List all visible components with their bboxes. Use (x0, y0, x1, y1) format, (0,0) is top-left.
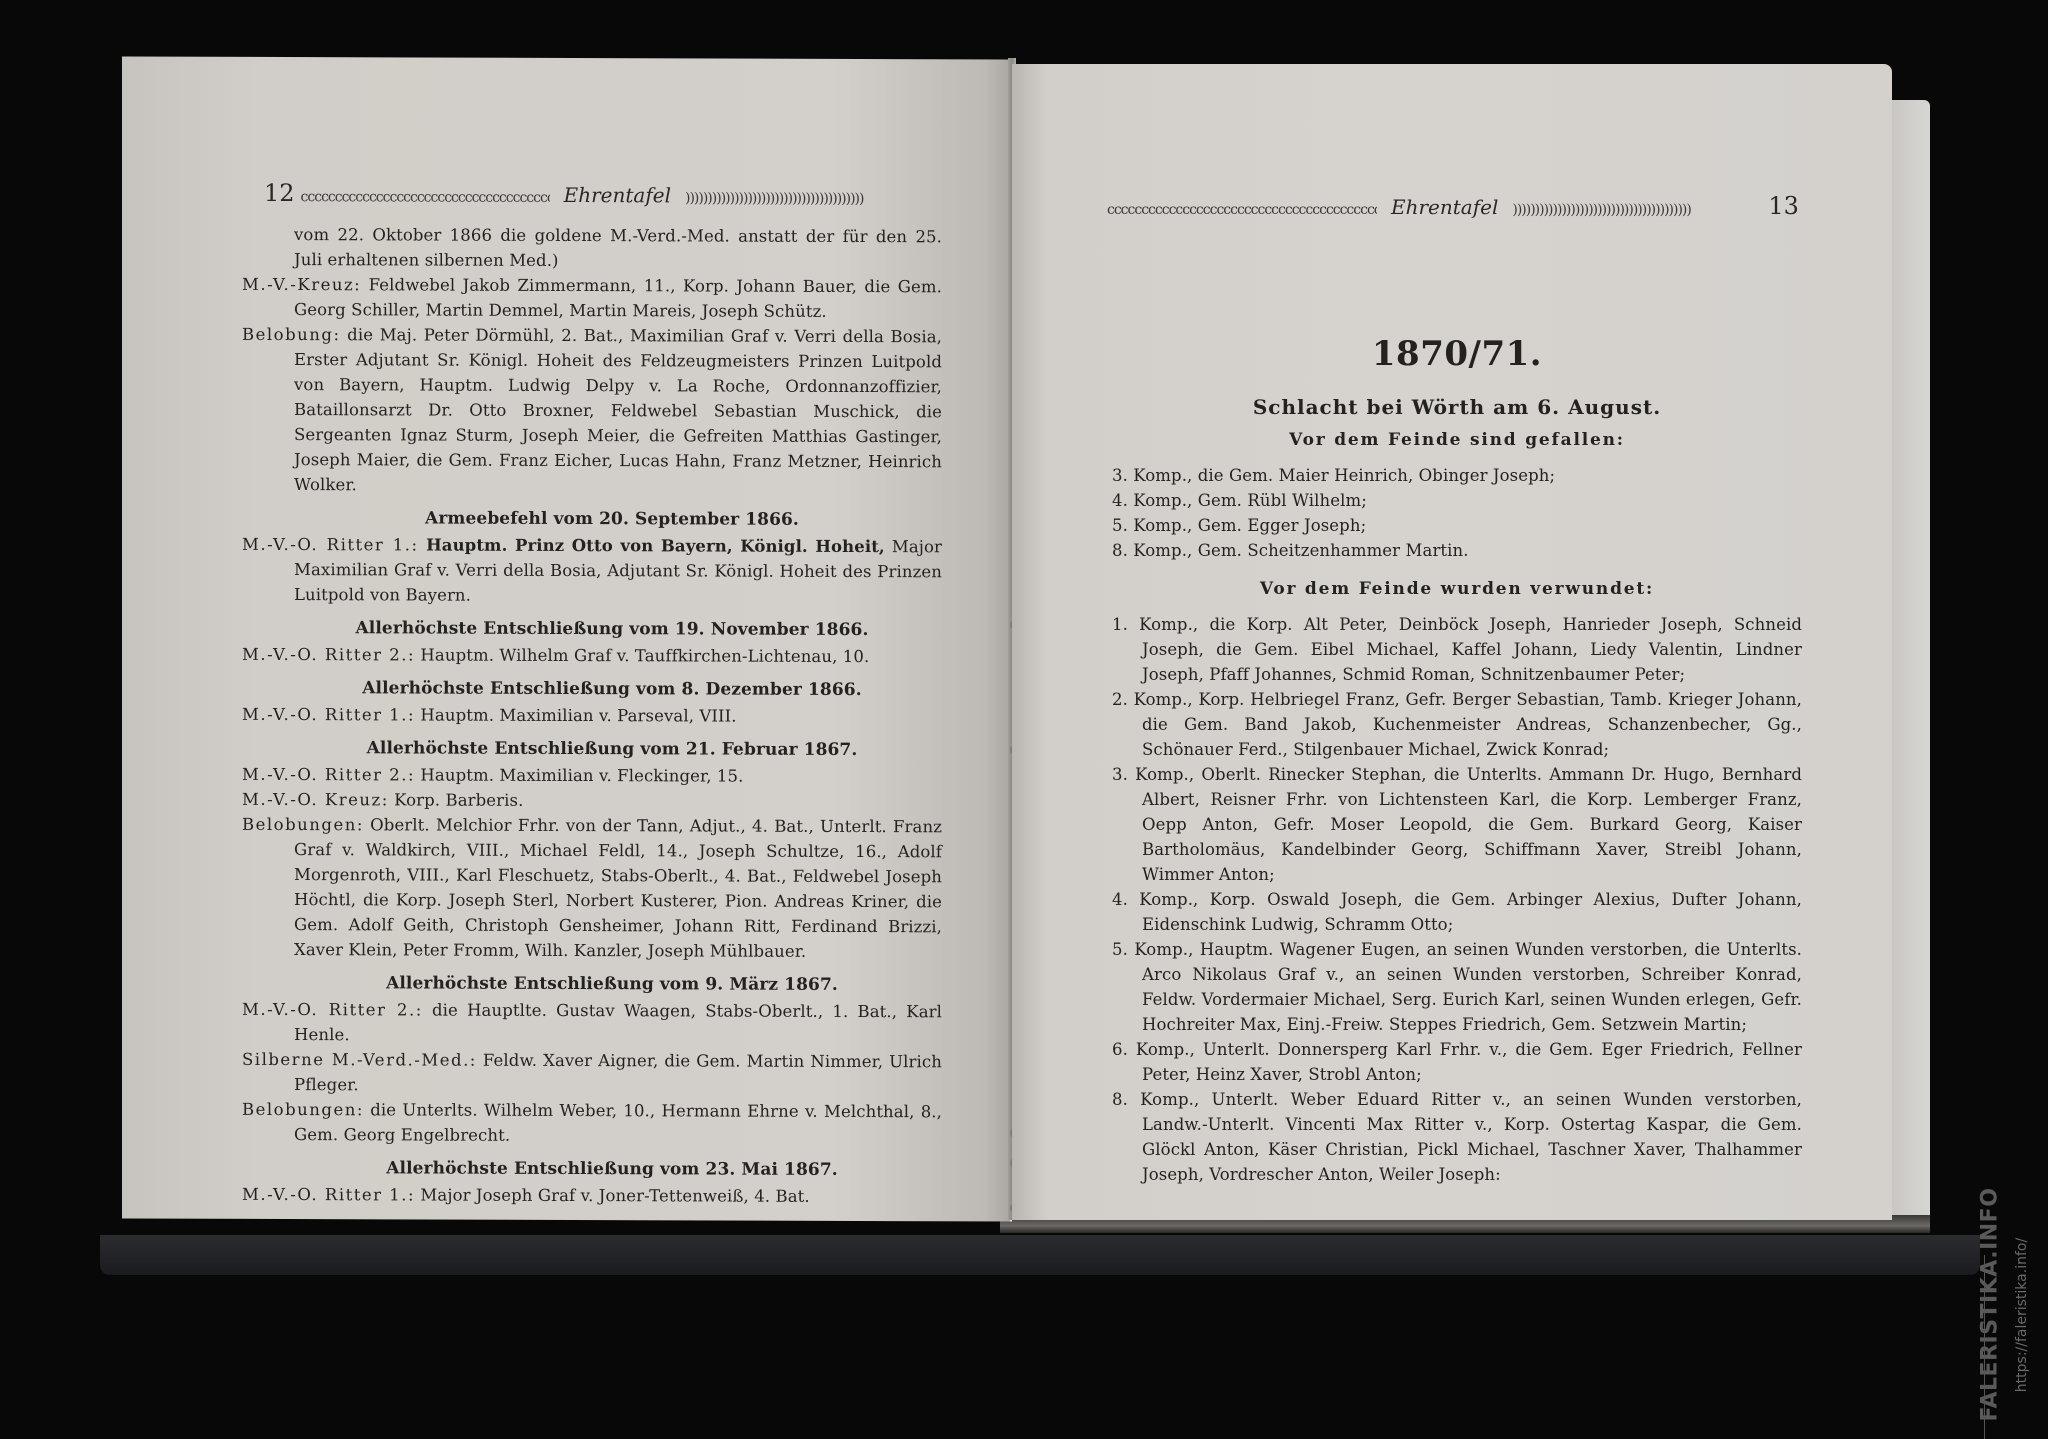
year-title: 1870/71. (1112, 342, 1802, 367)
right-page: cccccccccccccccccccccccccccccccccccccccc… (1012, 64, 1892, 1220)
watermark: FALERISTIKA.INFO https://faleristika.inf… (1972, 1225, 2032, 1425)
left-page-text: vom 22. Oktober 1866 die goldene M.-Verd… (242, 222, 942, 1222)
fallen-entry: 3. Komp., die Gem. Maier Heinrich, Obing… (1112, 463, 1802, 488)
wounded-entry: 4. Komp., Korp. Oswald Joseph, die Gem. … (1112, 887, 1802, 937)
wounded-entry: 2. Komp., Korp. Helbriegel Franz, Gefr. … (1112, 687, 1802, 762)
wounded-entry: 3. Komp., Oberlt. Rinecker Stephan, die … (1112, 762, 1802, 887)
fallen-entry: 5. Komp., Gem. Egger Joseph; (1112, 513, 1802, 538)
ornament-rule-left: cccccccccccccccccccccccccccccccccccccccc (301, 189, 550, 206)
fallen-entry: 8. Komp., Gem. Scheitzenhammer Martin. (1112, 538, 1802, 563)
section-heading: Allerhöchste Entschließung vom 21. Febru… (242, 736, 942, 763)
right-page-text: 1870/71. Schlacht bei Wörth am 6. August… (1112, 229, 1802, 1187)
continued-paragraph: vom 22. Oktober 1866 die goldene M.-Verd… (242, 222, 942, 274)
page-stack-right (1890, 100, 1930, 1220)
award-entry: M.-V.-O. Ritter 2.: Hauptm. Wilhelm Graf… (242, 642, 942, 669)
award-entry: Silberne M.-Verd.-Med.: Feldw. Xaver Aig… (242, 1047, 942, 1099)
watermark-brand: FALERISTIKA.INFO (1978, 1222, 2003, 1422)
watermark-url: https://faleristika.info/ (2014, 1215, 2030, 1415)
award-entry: M.-V.-O. Ritter 2.: Hauptm. Maximilian v… (242, 762, 942, 789)
ornament-rule-left: cccccccccccccccccccccccccccccccccccccccc (1107, 202, 1377, 218)
section-heading: Allerhöchste Entschließung vom 9. März 1… (242, 971, 942, 998)
section-heading: Allerhöchste Entschließung vom 23. Mai 1… (242, 1156, 942, 1183)
award-entry: M.-V.-O. Kreuz: Korp. Barberis. (242, 787, 942, 814)
section-heading: Allerhöchste Entschließung vom 19. Novem… (242, 616, 942, 643)
watermark-divider (1984, 1255, 1985, 1439)
fallen-heading: Vor dem Feinde sind gefallen: (1112, 428, 1802, 453)
wounded-entry: 1. Komp., die Korp. Alt Peter, Deinböck … (1112, 612, 1802, 687)
section-heading: Armeebefehl vom 20. September 1866. (242, 506, 942, 533)
award-entry: M.-V.-O. Ritter 2.: die Hauptlte. Gustav… (242, 997, 942, 1049)
wounded-entry: 5. Komp., Hauptm. Wagener Eugen, an sein… (1112, 937, 1802, 1037)
running-head-title: Ehrentafel (564, 183, 671, 207)
wounded-heading: Vor dem Feinde wurden verwundet: (1112, 577, 1802, 602)
award-entry: M.-V.-Kreuz: Feldwebel Jakob Zimmermann,… (242, 272, 942, 324)
fallen-entry: 4. Komp., Gem. Rübl Wilhelm; (1112, 488, 1802, 513)
ornament-rule-right: )))))))))))))))))))))))))))))))))))))))) (1512, 202, 1762, 218)
award-entry: Belobung: die Maj. Peter Dörmühl, 2. Bat… (242, 322, 942, 499)
page-number: 13 (1768, 192, 1799, 220)
wounded-entry: 6. Komp., Unterlt. Donnersperg Karl Frhr… (1112, 1037, 1802, 1087)
running-head-left: 12 ccccccccccccccccccccccccccccccccccccc… (264, 179, 964, 209)
award-entry: M.-V.-O. Ritter 1.: Hauptm. Prinz Otto v… (242, 532, 942, 609)
award-entry: Belobungen: die Unterlts. Wilhelm Weber,… (242, 1097, 942, 1149)
award-entry: M.-V.-O. Ritter 1.: Hauptm. Maximilian v… (242, 702, 942, 729)
battle-title: Schlacht bei Wörth am 6. August. (1112, 395, 1802, 420)
wounded-entry: 8. Komp., Unterlt. Weber Eduard Ritter v… (1112, 1087, 1802, 1187)
award-entry: M.-V.-O. Ritter 1.: Major Joseph Graf v.… (242, 1182, 942, 1209)
award-entry: Belobungen: Oberlt. Melchior Frhr. von d… (242, 812, 942, 964)
running-head-right: cccccccccccccccccccccccccccccccccccccccc… (1107, 192, 1807, 220)
page-number: 12 (264, 179, 295, 207)
section-heading: Allerhöchste Entschließung vom 8. Dezemb… (242, 676, 942, 703)
ornament-rule-right: )))))))))))))))))))))))))))))))))))))))) (685, 190, 964, 207)
book-cover-edge (100, 1235, 1980, 1275)
left-page: 12 ccccccccccccccccccccccccccccccccccccc… (122, 56, 1012, 1221)
running-head-title: Ehrentafel (1391, 195, 1498, 219)
